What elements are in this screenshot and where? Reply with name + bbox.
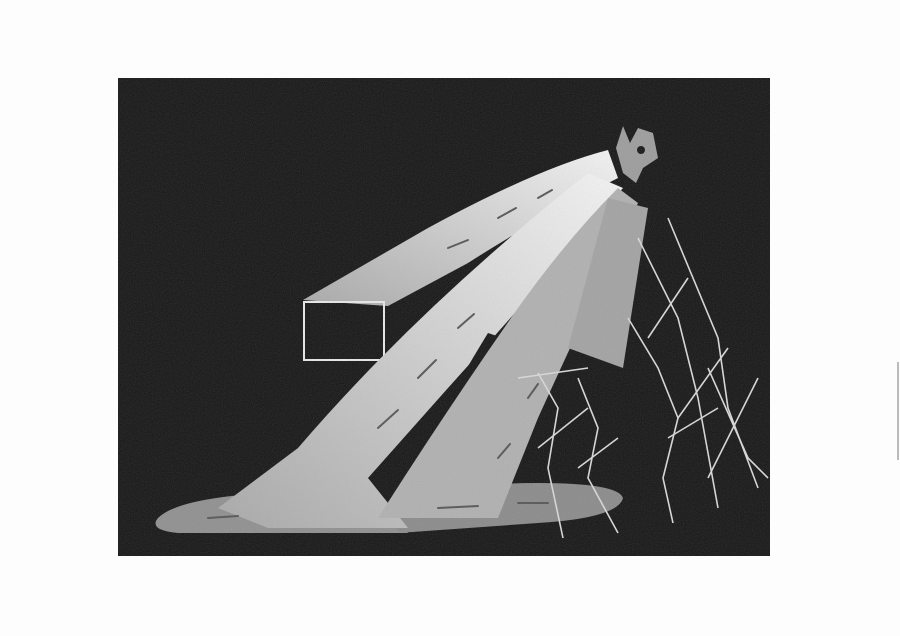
print-artwork xyxy=(118,78,770,556)
scan-edge-line xyxy=(897,362,899,460)
paper-sheet xyxy=(0,0,900,636)
inked-print-block xyxy=(118,78,770,556)
